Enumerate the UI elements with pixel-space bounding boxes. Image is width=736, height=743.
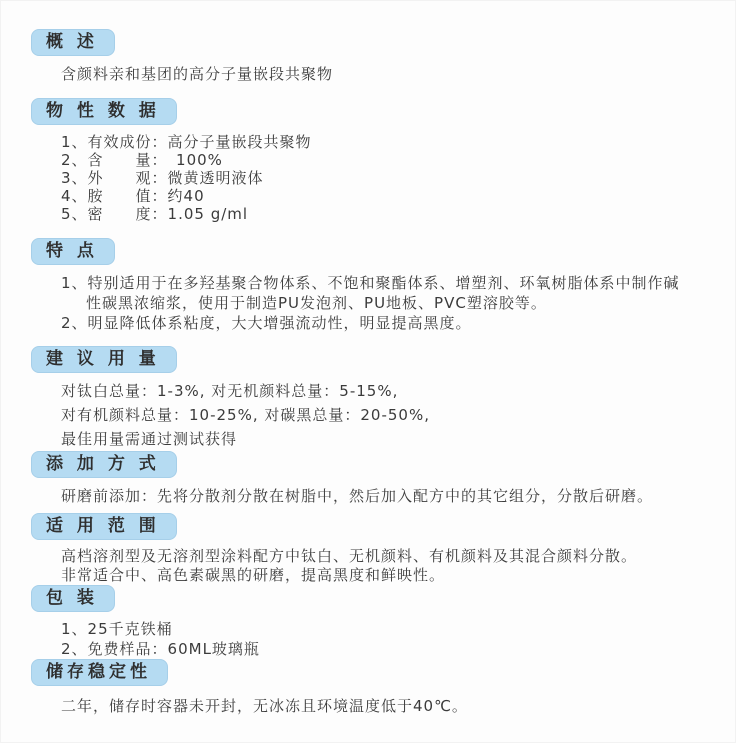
section-text-line: 含颜料亲和基团的高分子量嵌段共聚物 [61,64,717,84]
section-text-line: 对有机颜料总量：10-25%, 对碳黑总量：20-50%, [61,403,717,427]
section-text-line: 5、密 度：1.05 g/ml [61,205,717,223]
section-heading: 概 述 [31,29,115,56]
section: 适 用 范 围 高档溶剂型及无溶剂型涂料配方中钛白、无机颜料、有机颜料及其混合颜… [31,513,717,585]
section-text-line: 性碳黑浓缩浆，使用于制造PU发泡剂、PU地板、PVC塑溶胶等。 [61,293,717,313]
section-body: 二年，储存时容器未开封，无冰冻且环境温度低于40℃。 [61,696,717,716]
section-text-line: 3、外 观：微黄透明液体 [61,169,717,187]
section: 包 装 1、25千克铁桶2、免费样品：60ML玻璃瓶 [31,585,717,659]
section-text-line: 对钛白总量：1-3%, 对无机颜料总量：5-15%, [61,379,717,403]
datasheet-page: 概 述 含颜料亲和基团的高分子量嵌段共聚物 物 性 数 据 1、有效成份：高分子… [0,0,736,743]
section-text-line: 1、有效成份：高分子量嵌段共聚物 [61,133,717,151]
section-text-line: 2、免费样品：60ML玻璃瓶 [61,639,717,659]
section: 建 议 用 量 对钛白总量：1-3%, 对无机颜料总量：5-15%,对有机颜料总… [31,346,717,451]
section-body: 1、有效成份：高分子量嵌段共聚物2、含 量： 100%3、外 观：微黄透明液体4… [61,133,717,223]
section-text-line: 最佳用量需通过测试获得 [61,427,717,451]
section-text-line: 4、胺 值：约40 [61,187,717,205]
section: 特 点 1、特别适用于在多羟基聚合物体系、不饱和聚酯体系、增塑剂、环氧树脂体系中… [31,238,717,333]
section-body: 含颜料亲和基团的高分子量嵌段共聚物 [61,64,717,84]
section-text-line: 2、含 量： 100% [61,151,717,169]
section-text-line: 1、25千克铁桶 [61,619,717,639]
section-heading: 特 点 [31,238,115,265]
section-heading: 添 加 方 式 [31,451,177,478]
section-body: 对钛白总量：1-3%, 对无机颜料总量：5-15%,对有机颜料总量：10-25%… [61,379,717,451]
section-text-line: 高档溶剂型及无溶剂型涂料配方中钛白、无机颜料、有机颜料及其混合颜料分散。 [61,547,717,566]
section-heading: 包 装 [31,585,115,612]
section-heading: 建 议 用 量 [31,346,177,373]
section-text-line: 二年，储存时容器未开封，无冰冻且环境温度低于40℃。 [61,696,717,716]
section-text-line: 2、明显降低体系粘度，大大增强流动性，明显提高黑度。 [61,313,717,333]
section-body: 1、特别适用于在多羟基聚合物体系、不饱和聚酯体系、增塑剂、环氧树脂体系中制作碱性… [61,273,717,333]
section-body: 高档溶剂型及无溶剂型涂料配方中钛白、无机颜料、有机颜料及其混合颜料分散。非常适合… [61,547,717,585]
section-heading: 适 用 范 围 [31,513,177,540]
section-body: 1、25千克铁桶2、免费样品：60ML玻璃瓶 [61,619,717,659]
section: 物 性 数 据 1、有效成份：高分子量嵌段共聚物2、含 量： 100%3、外 观… [31,98,717,223]
section: 添 加 方 式 研磨前添加：先将分散剂分散在树脂中，然后加入配方中的其它组分，分… [31,451,717,506]
section-text-line: 非常适合中、高色素碳黑的研磨，提高黑度和鲜映性。 [61,566,717,585]
section-text-line: 研磨前添加：先将分散剂分散在树脂中，然后加入配方中的其它组分，分散后研磨。 [61,486,717,506]
document: 概 述 含颜料亲和基团的高分子量嵌段共聚物 物 性 数 据 1、有效成份：高分子… [31,29,717,716]
section: 储存稳定性 二年，储存时容器未开封，无冰冻且环境温度低于40℃。 [31,659,717,716]
section-text-line: 1、特别适用于在多羟基聚合物体系、不饱和聚酯体系、增塑剂、环氧树脂体系中制作碱 [61,273,717,293]
section-heading: 储存稳定性 [31,659,168,686]
section-heading: 物 性 数 据 [31,98,177,125]
section-body: 研磨前添加：先将分散剂分散在树脂中，然后加入配方中的其它组分，分散后研磨。 [61,486,717,506]
section: 概 述 含颜料亲和基团的高分子量嵌段共聚物 [31,29,717,84]
